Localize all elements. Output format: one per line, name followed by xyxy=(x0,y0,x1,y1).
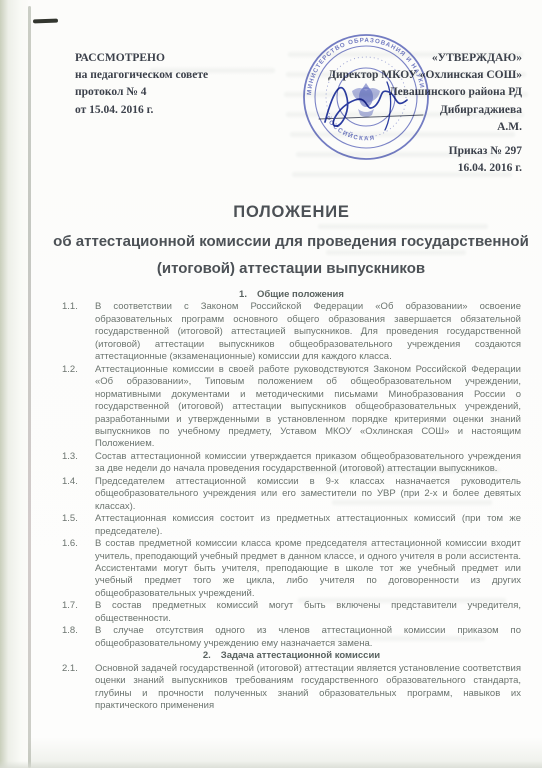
clause-number: 1.5. xyxy=(62,513,95,538)
clause-number: 1.8. xyxy=(62,625,95,650)
clause-row: 1.1.В соответствии с Законом Российской … xyxy=(62,301,521,363)
clause-number: 1.4. xyxy=(62,476,95,513)
section-heading: 2.Задача аттестационной комиссии xyxy=(62,650,521,662)
document-title: ПОЛОЖЕНИЕ xyxy=(62,203,521,222)
clause-number: 2.1. xyxy=(62,663,95,713)
clause-number: 1.1. xyxy=(62,301,95,363)
clause-text: В соответствии с Законом Российской Феде… xyxy=(95,301,521,363)
document-subtitle: об аттестационной комиссии для проведени… xyxy=(41,228,541,282)
clause-number: 1.3. xyxy=(62,451,95,476)
clause-row: 1.2.Аттестационные комиссии в своей рабо… xyxy=(62,364,521,451)
clause-text: В состав предметных комиссий могут быть … xyxy=(95,600,521,625)
section-number: 1. xyxy=(239,289,247,300)
pen-mark xyxy=(33,19,58,24)
section-number: 2. xyxy=(203,650,211,661)
reviewed-block: РАССМОТРЕНО на педагогическом совете про… xyxy=(75,50,208,119)
clause-row: 1.7.В состав предметных комиссий могут б… xyxy=(62,600,521,625)
clause-text: Аттестационные комиссии в своей работе р… xyxy=(95,364,521,451)
clause-number: 1.7. xyxy=(62,600,95,625)
director-signature xyxy=(317,70,437,138)
clause-row: 1.8.В случае отсутствия одного из членов… xyxy=(62,625,521,650)
reviewed-line: от 15.04. 2016 г. xyxy=(75,102,208,119)
page-left-edge xyxy=(0,0,28,768)
clause-row: 1.5.Аттестационная комиссия состоит из п… xyxy=(62,513,521,538)
clause-number: 1.2. xyxy=(62,364,95,451)
clause-text: Аттестационная комиссия состоит из предм… xyxy=(95,513,521,538)
clause-row: 1.6.В состав предметной комиссии класса … xyxy=(62,538,521,600)
clause-text: Состав аттестационной комиссии утверждае… xyxy=(95,451,521,476)
document-body: 1.Общие положения1.1.В соответствии с За… xyxy=(62,289,521,712)
clause-row: 2.1.Основной задачей государственной (ит… xyxy=(62,663,521,713)
clause-number: 1.6. xyxy=(62,538,95,600)
page-bottom-edge xyxy=(0,761,542,768)
clause-text: В случае отсутствия одного из членов атт… xyxy=(95,625,521,650)
clause-text: В состав предметной комиссии класса кром… xyxy=(95,538,521,600)
reviewed-line: протокол № 4 xyxy=(75,84,208,101)
reviewed-line: на педагогическом совете xyxy=(75,67,208,84)
scanned-document-page: РАССМОТРЕНО на педагогическом совете про… xyxy=(0,0,542,768)
clause-row: 1.3.Состав аттестационной комиссии утвер… xyxy=(62,451,521,476)
page-edge-shadow xyxy=(28,6,31,768)
clause-text: Основной задачей государственной (итогов… xyxy=(95,663,521,713)
reviewed-line: РАССМОТРЕНО xyxy=(75,50,208,67)
clause-row: 1.4.Председателем аттестационной комисси… xyxy=(62,476,521,513)
section-title: Задача аттестационной комиссии xyxy=(221,650,380,661)
section-title: Общие положения xyxy=(257,289,344,300)
clause-text: Председателем аттестационной комиссии в … xyxy=(95,476,521,513)
section-heading: 1.Общие положения xyxy=(62,289,521,301)
